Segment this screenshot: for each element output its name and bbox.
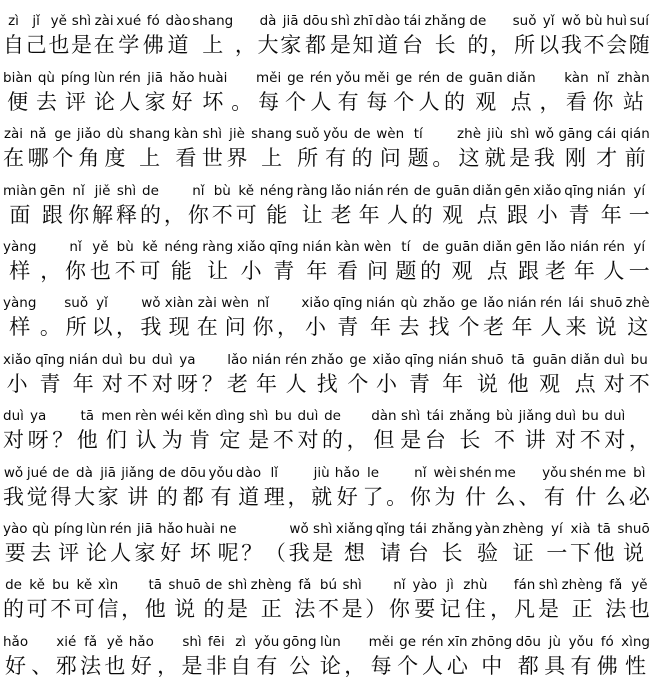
punctuation-token: ， [116,294,137,342]
ruby-token: shì是 [509,125,530,173]
hanzi-text: 不 [50,594,71,624]
ruby-token: gōng公 [283,633,317,677]
pinyin-text: suǒ [296,125,320,143]
ruby-token: wǒ我 [3,464,24,512]
pinyin-text: jiě [95,182,111,200]
ruby-token: de的 [203,576,224,624]
pinyin-text: shì [249,407,268,425]
ruby-token: dù度 [105,125,126,173]
pinyin-text: ràng [297,182,328,200]
ruby-token: yàng样 [3,238,36,286]
hanzi-text: 不 [629,369,650,399]
ruby-token: shén什 [570,464,602,512]
pinyin-text: zài [198,294,217,312]
ruby-token: tái台 [408,520,429,568]
pinyin-text: rén [540,294,562,312]
ruby-token: jiù就 [485,125,506,173]
ruby-token: ràng让 [297,182,328,230]
hanzi-text: 不 [212,200,233,230]
ruby-token: shuō说 [590,294,622,342]
hanzi-text: 佛 [143,30,164,60]
pinyin-text: wǒ [562,12,581,30]
hanzi-text: ？ [52,425,73,455]
hanzi-text: 长 [441,538,462,568]
ruby-token: jiǎng讲 [121,464,154,512]
pinyin-text: yě [51,12,67,30]
pinyin-text: shang [192,12,233,30]
ruby-token: duì对 [152,351,173,399]
pinyin-text: hǎo [335,464,360,482]
ruby-token: tā他 [594,520,615,568]
pinyin-text: shì [539,576,558,594]
hanzi-text: 台 [402,30,423,60]
pinyin-text: kěn [187,407,211,425]
pinyin-text: me [605,464,626,482]
ruby-token: yàng样 [3,294,36,342]
pinyin-text: tā [148,576,162,594]
ruby-token: guān观 [533,351,567,399]
hanzi-text: 人 [387,200,408,230]
ruby-token: jiè界 [226,125,247,173]
text-line: zì自jǐ己yě也shì是zài在xué学fó佛dào道shang上，dà大ji… [3,4,650,60]
pinyin-text: bu [129,351,146,369]
hanzi-text: 年 [73,369,94,399]
hanzi-text: 想 [344,538,365,568]
hanzi-text: 是 [181,651,202,677]
hanzi-text: ， [539,87,560,117]
ruby-token: biàn便 [3,69,32,117]
ruby-token: xiǎo小 [237,238,265,286]
pinyin-text: rén [418,69,440,87]
ruby-token: bì必 [629,464,650,512]
hanzi-text: 不 [273,425,294,455]
hanzi-text: 自 [230,651,251,677]
hanzi-text: 了 [363,482,384,512]
punctuation-token: 。 [231,69,252,117]
ruby-token: rén人 [540,294,562,342]
hanzi-text: 的 [412,200,433,230]
pinyin-text: ya [30,407,46,425]
text-line: yàng样，nǐ你yě也bù不kě可néng能ràng让xiǎo小qīng青ni… [3,230,650,286]
ruby-token: yě也 [629,576,650,624]
ruby-token: lǎo老 [483,294,504,342]
ruby-token: xìn信 [98,576,119,624]
pinyin-text: wèi [433,464,456,482]
ruby-token: shuō说 [471,351,503,399]
pinyin-text: yàn [475,520,500,538]
ruby-token: zài在 [94,12,115,60]
ruby-token: hǎo好 [335,464,360,512]
hanzi-text: 老 [227,369,248,399]
pinyin-text: ge [287,69,304,87]
pinyin-text: dìng [215,407,244,425]
ruby-token: lùn论 [94,69,115,117]
pinyin-text: ràng [202,238,233,256]
pinyin-text: fó [147,12,160,30]
pinyin-text: zhǎng [449,407,490,425]
pinyin-text: rén [110,520,132,538]
ruby-token: de的 [322,407,343,455]
ruby-token: bú不 [318,576,339,624]
ruby-token: nián年 [69,351,98,399]
hanzi-text: 这 [459,143,480,173]
pinyin-text: yǒu [323,125,348,143]
pinyin-text: lùn [320,633,341,651]
hanzi-text: 观 [475,87,496,117]
ruby-token: qù去 [399,294,420,342]
hanzi-text: 以 [92,312,113,342]
hanzi-text: 、 [518,482,539,512]
pinyin-text: gāng [559,125,593,143]
pinyin-text: shén [459,464,491,482]
hanzi-text: 的 [140,200,161,230]
pinyin-text: fǎ [84,633,97,651]
pinyin-text: shì [401,407,420,425]
punctuation-token: 。 [386,464,407,512]
pinyin-text: néng [260,182,294,200]
pinyin-text: gōng [283,633,317,651]
hanzi-text: 他 [594,538,615,568]
hanzi-text: 、 [31,651,52,677]
ruby-token: nǐ你 [389,576,410,624]
ruby-token: kě可 [27,576,48,624]
ruby-token: ge个 [393,69,414,117]
hanzi-text: 青 [337,312,358,342]
ruby-token: tái台 [425,407,446,455]
ruby-token: nǎ哪 [28,125,49,173]
hanzi-text: 在 [3,143,24,173]
pinyin-text: xiǎo [237,238,265,256]
punctuation-token: ， [235,12,256,60]
hanzi-text: 不 [494,425,515,455]
pinyin-text: jù [549,633,561,651]
pinyin-text: dōu [181,464,206,482]
ruby-token: qīng青 [405,351,434,399]
pinyin-text: zhèng [503,520,544,538]
ruby-token: guān观 [445,238,479,286]
pinyin-text: xiǎng [336,520,373,538]
hanzi-text: 跟 [507,200,528,230]
hanzi-text: 信 [98,594,119,624]
ruby-token: jiā家 [280,12,301,60]
hanzi-text: 坏 [202,87,223,117]
pinyin-text: shén [570,464,602,482]
pinyin-text: néng [164,238,198,256]
ruby-token: nǐ你 [188,182,209,230]
pinyin-text: shang [129,125,170,143]
hanzi-text: 好 [337,482,358,512]
hanzi-text: 让 [302,200,323,230]
ruby-token: zài在 [3,125,24,173]
ruby-token: nián年 [302,238,331,286]
ruby-token: tí题 [408,125,429,173]
pinyin-text: yào [412,576,437,594]
hanzi-text: 小 [305,312,326,342]
ruby-token: guān观 [469,69,503,117]
hanzi-text: 样 [9,256,30,286]
pinyin-text: yí [551,520,563,538]
ruby-token: rén人 [418,69,440,117]
ruby-token: bu不 [629,351,650,399]
pinyin-text: yàng [3,238,36,256]
ruby-token: zhè这 [457,125,481,173]
ruby-token: shuō说 [168,576,200,624]
pinyin-text: rén [119,69,141,87]
hanzi-text: 上 [139,143,160,173]
pinyin-text: bu [275,407,292,425]
ruby-token: gāng刚 [559,125,593,173]
pinyin-text: le [367,464,379,482]
hanzi-text: 一 [629,200,650,230]
ruby-token: xīn心 [447,633,468,677]
pinyin-text: dōu [303,12,328,30]
ruby-token: kěn肯 [187,407,211,455]
ruby-token: de的 [157,464,178,512]
text-line: wǒ我jué觉de得dà大jiā家jiǎng讲de的dōu都yǒu有dào道lǐ… [3,455,650,511]
pinyin-text: de [414,182,431,200]
hanzi-text: 证 [513,538,534,568]
pinyin-text: nián [438,351,467,369]
ruby-token: jiǎng讲 [519,407,552,455]
ruby-token: jiǎo角 [77,125,101,173]
hanzi-text: 站 [623,87,644,117]
pinyin-text: yǒu [254,633,279,651]
hanzi-text: 有 [338,87,359,117]
hanzi-text: 小 [7,369,28,399]
hanzi-text: 人 [541,312,562,342]
hanzi-text: ？ [241,538,262,568]
pinyin-text: yǒu [336,69,361,87]
ruby-token: wǒ我 [140,294,161,342]
hanzi-text: 中 [481,651,502,677]
pinyin-text: nián [366,294,395,312]
hanzi-text: 对 [555,425,576,455]
ruby-token: tā他 [508,351,529,399]
ruby-token: zhǎo找 [423,294,455,342]
hanzi-text: 你 [188,200,209,230]
ruby-token: zhù住 [463,576,487,624]
pinyin-text: xiǎo [372,351,400,369]
pinyin-text: bù [585,12,602,30]
pinyin-text: xiǎo [301,294,329,312]
hanzi-text: 去 [36,87,57,117]
ruby-token: zhōng中 [471,633,512,677]
hanzi-text: 的 [157,482,178,512]
pinyin-text: bu [631,351,648,369]
ruby-token: yí一 [629,182,650,230]
hanzi-text: 小 [376,369,397,399]
hanzi-text: 论 [320,651,341,677]
hanzi-text: 界 [226,143,247,173]
pinyin-text: jiù [314,464,330,482]
hanzi-text: 找 [429,312,450,342]
text-line: biàn便qù去píng评lùn论rén人jiā家hǎo好huài坏。měi每g… [3,60,650,116]
ruby-token: bu不 [273,407,294,455]
pinyin-text: zì [235,633,246,651]
ruby-token: nǐ你 [65,238,86,286]
hanzi-text: 讲 [525,425,546,455]
ruby-token: shì是 [342,576,363,624]
ruby-token: ge个 [459,294,480,342]
hanzi-text: 是 [227,594,248,624]
ruby-token: bù不 [212,182,233,230]
pinyin-text: nǐ [257,294,269,312]
ruby-token: duì对 [604,407,625,455]
pinyin-text: qián [621,125,650,143]
ruby-token: wǒ我 [534,125,555,173]
ruby-token: lǎo老 [545,238,566,286]
ruby-token: bù不 [115,238,136,286]
hanzi-text: 我 [534,143,555,173]
pinyin-text: duì [555,407,576,425]
hanzi-text: 讲 [127,482,148,512]
ruby-token: rén人 [285,351,307,399]
ruby-token: hǎo好 [3,633,28,677]
hanzi-text: 现 [169,312,190,342]
ruby-token: wǒ我 [289,520,310,568]
ruby-token: zhèng正 [562,576,603,624]
hanzi-text: 个 [393,87,414,117]
pinyin-text: lǐ [271,464,279,482]
ruby-token: jiā家 [134,520,155,568]
ruby-token: bù不 [583,12,604,60]
hanzi-text: 小 [241,256,262,286]
ruby-token: shì释 [116,182,137,230]
ruby-token: xiǎo小 [533,182,561,230]
pinyin-text: nǐ [69,238,81,256]
hanzi-text: 邪 [56,651,77,677]
hanzi-text: 不 [127,369,148,399]
pinyin-text: nǐ [393,576,405,594]
pinyin-text: ge [54,125,71,143]
pinyin-text: jiā [100,464,116,482]
ruby-token: bu不 [50,576,71,624]
hanzi-text: 不 [318,594,339,624]
pinyin-text: jué [27,464,48,482]
hanzi-text: 观 [442,200,463,230]
pinyin-text: shì [182,633,201,651]
pinyin-text: jiā [147,69,163,87]
document-body: zì自jǐ己yě也shì是zài在xué学fó佛dào道shang上，dà大ji… [0,0,654,677]
ruby-token: nián年 [597,182,626,230]
pinyin-text: rén [285,351,307,369]
ruby-token: jiù就 [311,464,332,512]
pinyin-text: nián [252,351,281,369]
hanzi-text: ， [287,482,308,512]
pinyin-text: lǎo [545,238,565,256]
ruby-token: zhī知 [353,12,374,60]
hanzi-text: 有 [571,651,592,677]
hanzi-text: 一 [629,256,650,286]
pinyin-text: gēn [40,182,65,200]
pinyin-text: diǎn [571,351,600,369]
hanzi-text: 你 [389,594,410,624]
hanzi-text: 人 [310,87,331,117]
ruby-token: xué学 [116,12,141,60]
hanzi-text: 理 [264,482,285,512]
hanzi-text: 你 [592,87,613,117]
ruby-token: kàn看 [335,238,359,286]
ruby-token: qù去 [30,520,51,568]
ruby-token: yě也 [48,12,69,60]
ruby-token: shang上 [129,125,170,173]
ruby-token: me么 [494,464,515,512]
ruby-token: de的 [444,69,465,117]
pinyin-text: de [324,407,341,425]
hanzi-text: 会 [606,30,627,60]
pinyin-text: zhàn [617,69,649,87]
hanzi-text: 是 [538,594,559,624]
ruby-token: yǒu有 [254,633,279,677]
hanzi-text: 么 [605,482,626,512]
pinyin-text: nǐ [192,182,204,200]
pinyin-text: xià [571,520,591,538]
hanzi-text: 记 [440,594,461,624]
ruby-token: yǒu有 [542,464,567,512]
hanzi-text: 大 [258,30,279,60]
hanzi-text: 观 [451,256,472,286]
pinyin-text: rén [387,182,409,200]
ruby-token: lùn论 [320,633,341,677]
pinyin-text: qù [32,520,49,538]
pinyin-text: zhù [463,576,487,594]
pinyin-text: bù [214,182,231,200]
hanzi-text: 题 [395,256,416,286]
pinyin-text: diǎn [507,69,536,87]
punctuation-token: 。 [40,294,61,342]
hanzi-text: 正 [261,594,282,624]
hanzi-text: 认 [136,425,157,455]
hanzi-text: 问 [380,143,401,173]
pinyin-text: zhè [457,125,481,143]
hanzi-text: 但 [373,425,394,455]
ruby-token: yǒu有 [336,69,361,117]
pinyin-text: nǐ [597,69,609,87]
ruby-token: fǎ法 [294,576,315,624]
pinyin-text: suí [630,12,649,30]
hanzi-text: 的 [3,594,24,624]
ruby-token: ge个 [52,125,73,173]
hanzi-text: ， [344,651,365,677]
ruby-token: zhǎng长 [449,407,490,455]
hanzi-text: 青 [273,256,294,286]
hanzi-text: 青 [409,369,430,399]
hanzi-text: 他 [145,594,166,624]
ruby-token: shì是 [181,633,202,677]
hanzi-text: 正 [572,594,593,624]
ruby-token: ge个 [347,351,368,399]
ruby-token: ràng让 [202,238,233,286]
hanzi-text: 道 [168,30,189,60]
hanzi-text: 必 [629,482,650,512]
pinyin-text: hǎo [169,69,194,87]
hanzi-text: 要 [414,594,435,624]
ruby-token: bù不 [494,407,515,455]
ruby-token: xié邪 [56,633,77,677]
pinyin-text: shuō [471,351,503,369]
ruby-token: de的 [420,238,441,286]
ruby-token: shì世 [202,125,223,173]
ruby-token: nián年 [366,294,395,342]
hanzi-text: 说 [477,369,498,399]
hanzi-text: 解 [92,200,113,230]
pinyin-text: wéi [161,407,184,425]
ruby-token: dōu都 [303,12,328,60]
hanzi-text: 家 [280,30,301,60]
hanzi-text: 对 [102,369,123,399]
ruby-token: huì会 [606,12,627,60]
hanzi-text: 可 [140,256,161,286]
